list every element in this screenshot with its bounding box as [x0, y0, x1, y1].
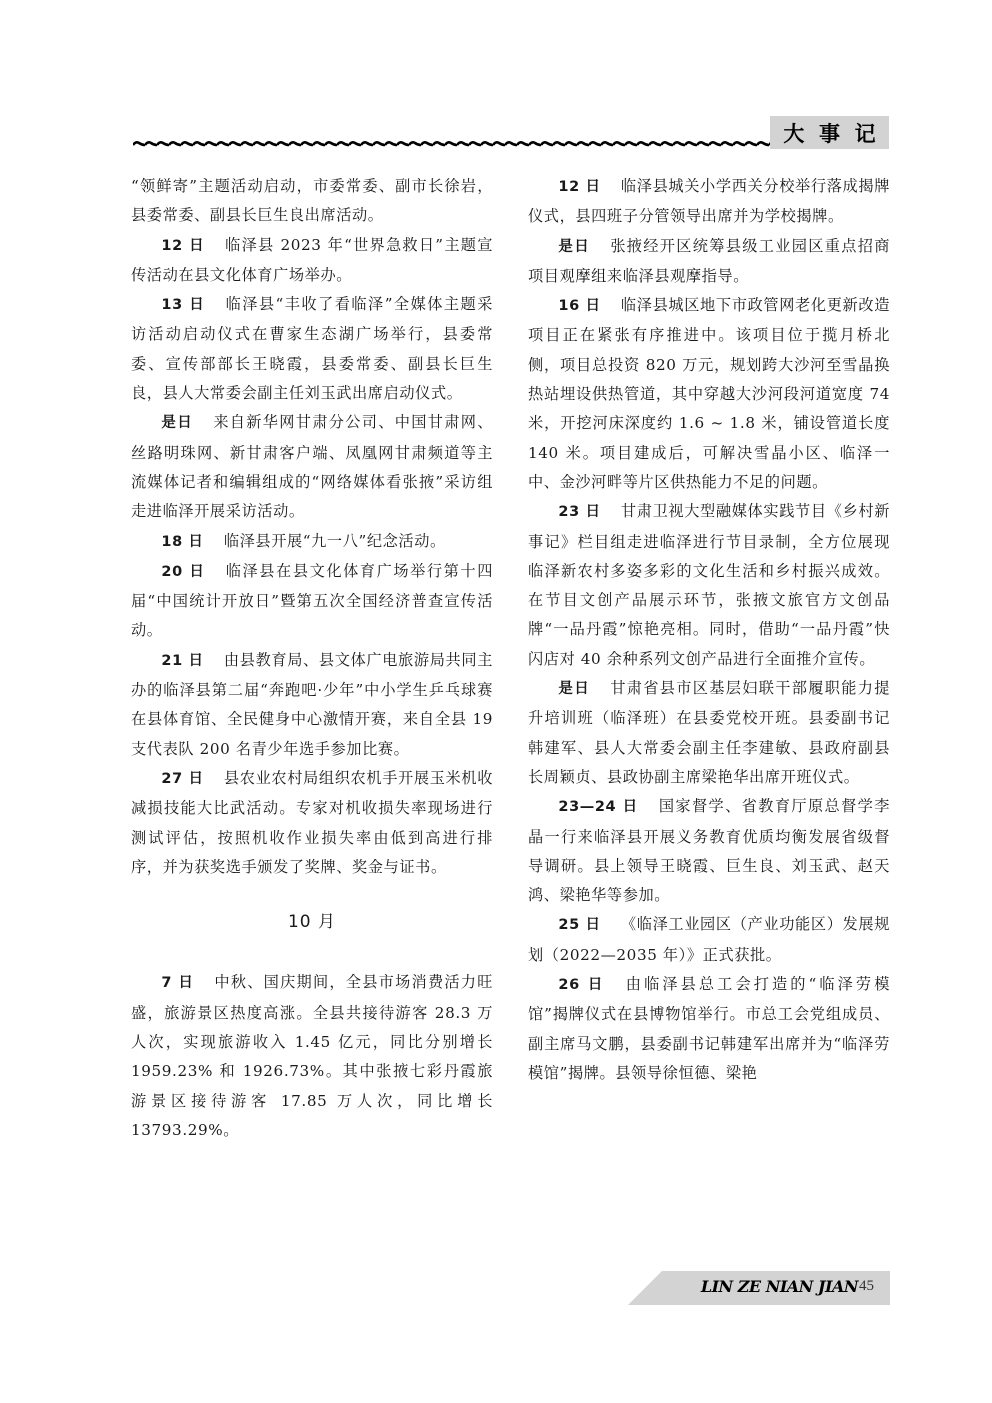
event-date: 20 日 [161, 564, 205, 580]
badge-char: 大 [783, 118, 804, 148]
event-entry: 20 日临泽县在县文化体育广场举行第十四届“中国统计开放日”暨第五次全国经济普查… [131, 557, 493, 646]
event-text: “领鲜寄”主题活动启动，市委常委、副市长徐岩，县委常委、副县长巨生良出席活动。 [131, 177, 493, 224]
event-entry: 27 日县农业农村局组织农机手开展玉米机收减损技能大比武活动。专家对机收损失率现… [131, 764, 493, 882]
event-entry: 12 日临泽县城关小学西关分校举行落成揭牌仪式，县四班子分管领导出席并为学校揭牌… [528, 172, 890, 232]
badge-char: 事 [819, 118, 840, 148]
page-header: 大 事 记 [133, 112, 889, 152]
left-column: “领鲜寄”主题活动启动，市委常委、副市长徐岩，县委常委、副县长巨生良出席活动。1… [131, 172, 493, 1145]
event-text: 中秋、国庆期间，全县市场消费活力旺盛，旅游景区热度高涨。全县共接待游客 28.3… [131, 973, 493, 1138]
event-entry: 23 日甘肃卫视大型融媒体实践节目《乡村新事记》栏目组走进临泽进行节目录制，全方… [528, 497, 890, 674]
event-entry: 是日张掖经开区统筹县级工业园区重点招商项目观摩组来临泽县观摩指导。 [528, 232, 890, 292]
event-entry: 13 日临泽县“丰收了看临泽”全媒体主题采访活动启动仪式在曹家生态湖广场举行，县… [131, 290, 493, 408]
event-date: 是日 [558, 681, 590, 697]
event-entry: 12 日临泽县 2023 年“世界急救日”主题宣传活动在县文化体育广场举办。 [131, 231, 493, 291]
month-heading: 10 月 [131, 908, 493, 937]
event-date: 16 日 [558, 298, 600, 314]
event-entry: 26 日由临泽县总工会打造的“临泽劳模馆”揭牌仪式在县博物馆举行。市总工会党组成… [528, 970, 890, 1088]
event-text: 临泽县城区地下市政管网老化更新改造项目正在紧张有序推进中。该项目位于揽月桥北侧，… [528, 296, 890, 491]
event-entry: 18 日临泽县开展“九一八”纪念活动。 [131, 527, 493, 557]
event-date: 18 日 [161, 534, 203, 550]
event-entry: 16 日临泽县城区地下市政管网老化更新改造项目正在紧张有序推进中。该项目位于揽月… [528, 291, 890, 497]
event-entry: “领鲜寄”主题活动启动，市委常委、副市长徐岩，县委常委、副县长巨生良出席活动。 [131, 172, 493, 231]
event-entry: 7 日中秋、国庆期间，全县市场消费活力旺盛，旅游景区热度高涨。全县共接待游客 2… [131, 968, 493, 1145]
event-entry: 21 日由县教育局、县文体广电旅游局共同主办的临泽县第二届“奔跑吧·少年”中小学… [131, 646, 493, 764]
event-entry: 是日甘肃省县市区基层妇联干部履职能力提升培训班（临泽班）在县委党校开班。县委副书… [528, 674, 890, 792]
event-date: 是日 [558, 239, 590, 255]
right-column: 12 日临泽县城关小学西关分校举行落成揭牌仪式，县四班子分管领导出席并为学校揭牌… [528, 172, 890, 1088]
event-entry: 25 日《临泽工业园区（产业功能区）发展规划（2022—2035 年）》正式获批… [528, 910, 890, 970]
event-date: 7 日 [161, 975, 194, 991]
wave-divider [133, 140, 773, 148]
event-entry: 是日来自新华网甘肃分公司、中国甘肃网、丝路明珠网、新甘肃客户端、凤凰网甘肃频道等… [131, 408, 493, 526]
event-date: 是日 [161, 415, 193, 431]
section-badge: 大 事 记 [770, 116, 889, 149]
page-footer: LIN ZE NIAN JIAN 45 [628, 1271, 890, 1305]
event-date: 13 日 [161, 297, 205, 313]
event-entry: 23—24 日国家督学、省教育厅原总督学李晶一行来临泽县开展义务教育优质均衡发展… [528, 792, 890, 910]
event-date: 12 日 [558, 179, 600, 195]
badge-char: 记 [855, 118, 876, 148]
event-date: 26 日 [558, 977, 605, 993]
event-date: 23 日 [558, 504, 600, 520]
event-date: 21 日 [161, 653, 203, 669]
event-date: 25 日 [558, 917, 600, 933]
event-text: 临泽县开展“九一八”纪念活动。 [224, 532, 446, 550]
page-number: 45 [859, 1278, 874, 1295]
event-text: 甘肃卫视大型融媒体实践节目《乡村新事记》栏目组走进临泽进行节目录制，全方位展现临… [528, 502, 890, 667]
event-date: 23—24 日 [558, 799, 638, 815]
event-date: 12 日 [161, 238, 204, 254]
publication-title: LIN ZE NIAN JIAN [648, 1277, 858, 1296]
event-date: 27 日 [161, 771, 203, 787]
